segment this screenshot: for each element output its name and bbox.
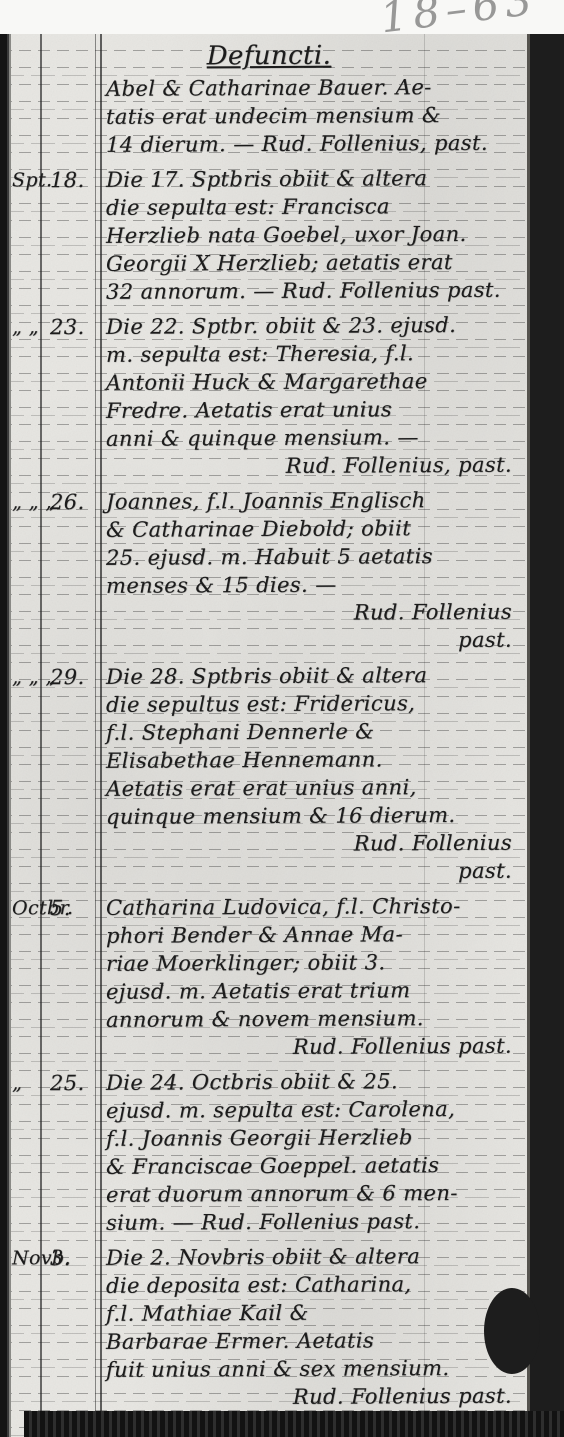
entry-month: „ „ — [12, 313, 44, 481]
entry-text-line: m. sepulta est: Theresia, f.l. — [106, 339, 526, 369]
entry-text-line: Elisabethae Hennemann. — [106, 745, 526, 775]
entry-day — [44, 75, 106, 159]
register-entry: Novb.3.Die 2. Novbris obiit & alteradie … — [12, 1242, 526, 1413]
entry-text-line: die deposita est: Catharina, — [106, 1270, 526, 1300]
entry-text-line: ejusd. m. sepulta est: Carolena, — [106, 1095, 526, 1125]
entry-text-line: 14 dierum. — Rud. Follenius, past. — [106, 129, 526, 159]
entry-month: Novb. — [12, 1244, 44, 1412]
register-entry: Spt.18.Die 17. Sptbris obiit & alteradie… — [12, 164, 526, 307]
entry-text-line: fuit unius anni & sex mensium. — [106, 1354, 526, 1384]
entry-text-line: riae Moerklinger; obiit 3. — [106, 948, 526, 978]
register-entry: „25.Die 24. Octbris obiit & 25.ejusd. m.… — [12, 1067, 526, 1238]
binding-edge-left — [0, 34, 11, 1437]
entry-text-line: die sepultus est: Fridericus, — [106, 689, 526, 719]
priest-signature: Rud. Follenius — [106, 829, 526, 859]
entry-month: „ „ „ — [12, 488, 44, 656]
entry-text-line: annorum & novem mensium. — [106, 1004, 526, 1034]
priest-signature: Rud. Follenius past. — [106, 1032, 526, 1062]
page-edge-right — [527, 34, 564, 1437]
entry-text-line: phori Bender & Annae Ma- — [106, 920, 526, 950]
entry-text-line: Die 17. Sptbris obiit & altera — [106, 164, 526, 194]
entry-text-line: Die 24. Octbris obiit & 25. — [106, 1067, 526, 1097]
entry-text-line: ejusd. m. Aetatis erat trium — [106, 976, 526, 1006]
entry-text-line: sium. — Rud. Follenius past. — [106, 1207, 526, 1237]
entry-text: Joannes, f.l. Joannis Englisch& Catharin… — [106, 486, 526, 656]
entry-text-line: Joannes, f.l. Joannis Englisch — [106, 486, 526, 516]
entry-text-line: erat duorum annorum & 6 men- — [106, 1179, 526, 1209]
entry-month: „ „ „ — [12, 663, 44, 887]
priest-signature: Rud. Follenius — [106, 598, 526, 628]
entry-day: 26. — [44, 488, 106, 656]
register-entry: Octbr.5.Catharina Ludovica, f.l. Christo… — [12, 892, 526, 1063]
entry-text: Catharina Ludovica, f.l. Christo-phori B… — [106, 892, 526, 1062]
entry-text-line: menses & 15 dies. — — [106, 570, 526, 600]
entry-text-line: Aetatis erat erat unius anni, — [106, 773, 526, 803]
entry-text-line: & Franciscae Goeppel. aetatis — [106, 1151, 526, 1181]
entry-text: Die 24. Octbris obiit & 25.ejusd. m. sep… — [106, 1067, 526, 1237]
entry-month: „ — [12, 1069, 44, 1237]
priest-signature: past. — [106, 626, 526, 656]
entry-month: Octbr. — [12, 894, 44, 1062]
entry-text-line: tatis erat undecim mensium & — [106, 101, 526, 131]
entry-text-line: 32 annorum. — Rud. Follenius past. — [106, 276, 526, 306]
entry-text-line: 25. ejusd. m. Habuit 5 aetatis — [106, 542, 526, 572]
entry-text-line: Herzlieb nata Goebel, uxor Joan. — [106, 220, 526, 250]
entry-month — [12, 75, 44, 159]
entry-text-line: Die 22. Sptbr. obiit & 23. ejusd. — [106, 311, 526, 341]
entry-text: Abel & Catharinae Bauer. Ae-tatis erat u… — [106, 73, 526, 159]
entry-text-line: Barbarae Ermer. Aetatis — [106, 1326, 526, 1356]
scanned-register-page: 18–63 Defuncti. Abel & Catharinae Bauer.… — [0, 0, 564, 1437]
entry-day: 25. — [44, 1069, 106, 1237]
entry-text-line: f.l. Mathiae Kail & — [106, 1298, 526, 1328]
entry-text-line: quinque mensium & 16 dierum. — [106, 801, 526, 831]
entry-day: 18. — [44, 166, 106, 306]
register-entry: „ „ „29.Die 28. Sptbris obiit & alteradi… — [12, 661, 526, 888]
entry-day: 3. — [44, 1244, 106, 1412]
priest-signature: past. — [106, 857, 526, 887]
entry-day: 5. — [44, 894, 106, 1062]
entry-text-line: Abel & Catharinae Bauer. Ae- — [106, 73, 526, 103]
entry-text-line: anni & quinque mensium. — — [106, 423, 526, 453]
entry-text-line: Georgii X Herzlieb; aetatis erat — [106, 248, 526, 278]
register-entry: „ „23.Die 22. Sptbr. obiit & 23. ejusd.m… — [12, 311, 526, 482]
entry-text-line: Fredre. Aetatis erat unius — [106, 395, 526, 425]
entry-text-line: Catharina Ludovica, f.l. Christo- — [106, 892, 526, 922]
entry-text-line: & Catharinae Diebold; obiit — [106, 514, 526, 544]
register-entry: „ „ „26.Joannes, f.l. Joannis Englisch& … — [12, 486, 526, 657]
entry-text-line: f.l. Joannis Georgii Herzlieb — [106, 1123, 526, 1153]
entries: Abel & Catharinae Bauer. Ae-tatis erat u… — [12, 73, 526, 1413]
entry-text: Die 17. Sptbris obiit & alteradie sepult… — [106, 164, 526, 306]
entry-text-line: Die 28. Sptbris obiit & altera — [106, 661, 526, 691]
entry-text-line: Antonii Huck & Margarethae — [106, 367, 526, 397]
entry-text: Die 2. Novbris obiit & alteradie deposit… — [106, 1242, 526, 1412]
priest-signature: Rud. Follenius past. — [106, 1382, 526, 1412]
entry-month: Spt. — [12, 166, 44, 306]
entry-text: Die 28. Sptbris obiit & alteradie sepult… — [106, 661, 526, 887]
entry-text-line: Die 2. Novbris obiit & altera — [106, 1242, 526, 1272]
register-entry: Abel & Catharinae Bauer. Ae-tatis erat u… — [12, 73, 526, 160]
entry-text: Die 22. Sptbr. obiit & 23. ejusd.m. sepu… — [106, 311, 526, 481]
priest-signature: Rud. Follenius, past. — [106, 451, 526, 481]
entry-text-line: die sepulta est: Francisca — [106, 192, 526, 222]
entry-day: 29. — [44, 663, 106, 887]
page-title: Defuncti. — [12, 39, 526, 74]
entry-day: 23. — [44, 313, 106, 481]
handwritten-content: Defuncti. Abel & Catharinae Bauer. Ae-ta… — [12, 39, 526, 1420]
entry-text-line: f.l. Stephani Dennerle & — [106, 717, 526, 747]
